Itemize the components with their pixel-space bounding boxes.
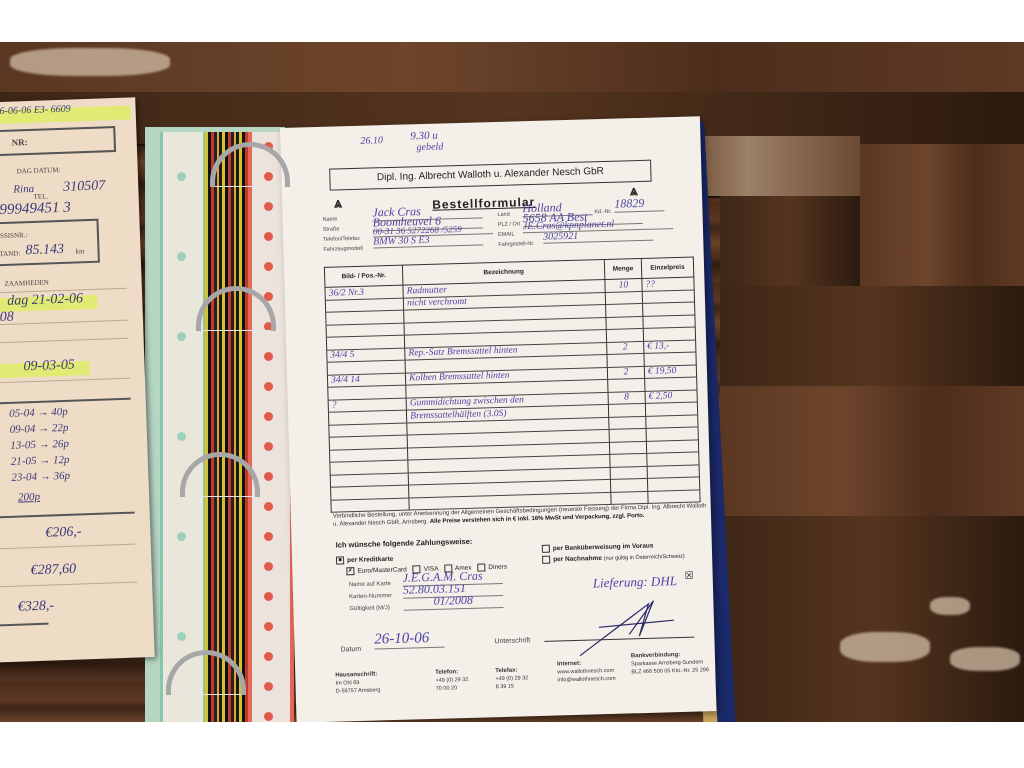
fahrgestell-field[interactable]: 3025921: [543, 229, 653, 244]
lieferung-checkbox[interactable]: ☒: [685, 571, 694, 582]
punch-hole: [264, 382, 273, 391]
punch-hole: [264, 592, 273, 601]
punch-hole: [177, 252, 186, 261]
wood-wear: [950, 647, 1020, 671]
km-value: 85.143: [25, 242, 64, 259]
punch-hole: [177, 432, 186, 441]
footer-title: Bankverbindung:: [631, 652, 680, 659]
punch-hole: [264, 472, 273, 481]
colored-divider-tabs: [205, 132, 253, 722]
amount: €328,-: [18, 598, 55, 615]
footer-title: Telefon:: [435, 669, 458, 676]
punch-hole: [264, 622, 273, 631]
menge-cell[interactable]: [605, 291, 642, 305]
order-form: 26.10 9.30 u gebeld Dipl. Ing. Albrecht …: [280, 116, 716, 722]
nachnahme-note: (nur gültig in Österreich/Schweiz): [604, 554, 685, 562]
note: 200p: [18, 491, 40, 504]
wood-plank: [860, 144, 1024, 241]
green-punched-strip: [160, 132, 206, 722]
footer-line: 70 00 20: [436, 685, 458, 692]
chassis-number: 499949451 3: [0, 200, 71, 220]
footer-line: D-59757 Arnsberg: [336, 687, 381, 694]
menge-cell[interactable]: [609, 416, 646, 430]
punch-hole: [264, 532, 273, 541]
km-label: STAND:: [0, 249, 20, 258]
bankueberweisung-checkbox[interactable]: [542, 545, 550, 553]
rule: [0, 512, 135, 519]
menge-cell[interactable]: [606, 303, 643, 317]
menge-cell[interactable]: [606, 328, 643, 342]
footer-bank: Bankverbindung: Sparkasse Arnsberg-Sunde…: [631, 650, 709, 676]
note: 05-04 → 40p: [9, 406, 68, 420]
menge-cell[interactable]: [609, 441, 646, 455]
plz-ort-label: PLZ / Ort: [498, 221, 520, 228]
note: 09-03-05: [23, 358, 75, 376]
nachnahme-checkbox[interactable]: [542, 556, 550, 564]
punch-hole: [264, 682, 273, 691]
rule: [0, 398, 131, 405]
footer-line: Im Ohl 69: [335, 680, 359, 687]
punch-hole: [264, 262, 273, 271]
company-logo-icon: ⩓: [334, 194, 342, 211]
name-auf-karte-label: Name auf Karte: [349, 581, 391, 588]
footer-line: 8 39 15: [496, 684, 515, 691]
note: 21-05 → 12p: [11, 454, 70, 468]
top-note-status: gebeld: [416, 141, 443, 153]
fahrzeugmodell-field[interactable]: BMW 30 S E3: [373, 233, 483, 248]
punch-hole: [264, 502, 273, 511]
dag-datum-label: DAG DATUM:: [17, 166, 61, 176]
gueltigkeit-label: Gültigkeit (M/J): [349, 605, 389, 612]
strasse-label: Straße: [323, 226, 340, 232]
punch-hole: [264, 232, 273, 241]
tel-prefix: Rina: [13, 183, 34, 196]
kreditkarte-option[interactable]: ■per Kreditkarte: [336, 555, 393, 565]
wood-wear: [840, 632, 930, 662]
menge-cell[interactable]: [608, 403, 645, 417]
menge-cell[interactable]: [610, 453, 647, 467]
menge-cell[interactable]: 2: [607, 341, 644, 355]
wood-plank: [720, 286, 1024, 388]
punch-hole: [264, 202, 273, 211]
mastercard-label: Euro/MasterCard: [357, 566, 407, 574]
bankueberweisung-label: per Banküberweisung im Voraus: [553, 542, 654, 552]
punch-hole: [177, 172, 186, 181]
km-unit: km: [75, 247, 84, 255]
wood-plank: [720, 386, 1024, 518]
punch-hole: [177, 332, 186, 341]
telefon-label: Telefon/Telefax: [323, 236, 360, 243]
menge-cell[interactable]: [607, 353, 644, 367]
amount: €206,-: [45, 524, 82, 541]
unterschrift-label: Unterschrift: [494, 637, 530, 645]
wood-plank-light: [700, 136, 860, 198]
punch-hole: [264, 562, 273, 571]
kreditkarte-checkbox[interactable]: ■: [336, 556, 344, 564]
rule: [0, 582, 137, 588]
fahrzeugmodell-label: Fahrzeugmodell: [323, 246, 363, 253]
fahrgestell-label: Fahrgestell-Nr.: [498, 241, 534, 248]
datum-field[interactable]: 26-10-06: [374, 630, 444, 650]
menge-cell[interactable]: [610, 478, 647, 492]
punch-hole: [264, 652, 273, 661]
bankueberweisung-option[interactable]: per Banküberweisung im Voraus: [542, 542, 654, 553]
photo-scene: 26-06-06 E3- 6609 NR: DAG DATUM: Rina TE…: [0, 42, 1024, 722]
company-name: Dipl. Ing. Albrecht Walloth u. Alexander…: [329, 160, 651, 191]
top-note-date: 26.10: [360, 135, 383, 147]
top-note-time: 9.30 u: [410, 130, 438, 143]
menge-cell[interactable]: [610, 466, 647, 480]
rule: [0, 544, 136, 550]
left-work-order-sheet: 26-06-06 E3- 6609 NR: DAG DATUM: Rina TE…: [0, 97, 155, 662]
datum-label: Datum: [341, 646, 362, 654]
einzelpreis-cell[interactable]: [648, 489, 700, 503]
punch-hole: [264, 712, 273, 721]
wood-wear: [10, 48, 170, 76]
note: dag 21-02-06: [7, 291, 83, 310]
werkzaamheden-label: ZAAMHEDEN: [4, 278, 49, 288]
rule: [0, 338, 129, 344]
note: 13-05 → 26p: [10, 438, 69, 452]
note: 23-04 → 36p: [11, 470, 70, 484]
footer-title: Telefax:: [495, 668, 517, 675]
email-label: EMAIL: [498, 231, 515, 237]
col-header-einzelpreis: Einzelpreis: [641, 257, 694, 278]
footer-telefax: Telefax: +49 (0) 29 32 8 39 15: [495, 666, 529, 691]
menge-cell[interactable]: [611, 491, 648, 505]
note: 09-04 → 22p: [9, 422, 68, 436]
order-items-table: Bild- / Pos.-Nr. Bezeichnung Menge Einze…: [324, 256, 701, 512]
signature: [578, 595, 680, 658]
amount: €287,60: [30, 562, 76, 580]
land-label: Land: [497, 212, 509, 218]
rule: [0, 623, 49, 627]
chassis-label: ASSISNR.:: [0, 231, 28, 240]
gueltigkeit-field[interactable]: 01/2008: [403, 592, 503, 611]
rule: [0, 320, 128, 326]
punch-hole: [177, 532, 186, 541]
menge-cell[interactable]: 10: [605, 278, 642, 292]
menge-cell[interactable]: 8: [608, 391, 645, 405]
footer-line: BLZ 466 500 05 Kto.-Nr. 25 296: [631, 667, 709, 675]
email-link[interactable]: info@wallothnesch.com: [557, 676, 615, 684]
wood-plank: [720, 196, 860, 288]
footer-title: Hausanschrift:: [335, 671, 377, 678]
tel-number: 310507: [63, 178, 106, 195]
wood-plank: [720, 516, 1024, 722]
lieferung-note: Lieferung: DHL: [593, 573, 678, 591]
nr-label: NR:: [12, 137, 28, 148]
menge-cell[interactable]: [606, 316, 643, 330]
punch-hole: [264, 412, 273, 421]
punch-hole: [264, 352, 273, 361]
footer-line: Sparkasse Arnsberg-Sundern: [631, 659, 703, 667]
wood-wear: [930, 597, 970, 615]
nachnahme-option[interactable]: per Nachnahme (nur gültig in Österreich/…: [542, 552, 685, 564]
footer-line: +49 (0) 29 32: [495, 675, 528, 682]
menge-cell[interactable]: 2: [607, 366, 644, 380]
footer-hausanschrift: Hausanschrift: Im Ohl 69 D-59757 Arnsber…: [335, 670, 380, 695]
footer-internet: Internet: www.wallothnesch.com info@wall…: [557, 659, 616, 685]
website-link[interactable]: www.wallothnesch.com: [557, 668, 614, 676]
col-header-menge: Menge: [604, 258, 641, 279]
kreditkarte-label: per Kreditkarte: [347, 556, 393, 564]
name-label: Name: [322, 216, 337, 222]
footer-line: +49 (0) 29 32: [435, 677, 468, 684]
menge-cell[interactable]: [609, 428, 646, 442]
payment-heading: Ich wünsche folgende Zahlungsweise:: [336, 537, 473, 550]
karten-nummer-label: Karten-Nummer: [349, 593, 392, 600]
footer-telefon: Telefon: +49 (0) 29 32 70 00 20: [435, 668, 469, 693]
footer-title: Internet:: [557, 661, 581, 668]
nachnahme-label: per Nachnahme: [553, 555, 602, 563]
punch-hole: [177, 632, 186, 641]
mastercard-checkbox[interactable]: ✗: [346, 567, 354, 575]
col-header-pos: Bild- / Pos.-Nr.: [324, 265, 403, 287]
rule: [0, 378, 130, 384]
order-items-body: 36/2 Nr.3Radmutter10??nicht verchromt34/…: [325, 277, 700, 512]
menge-cell[interactable]: [608, 378, 645, 392]
punch-hole: [264, 442, 273, 451]
